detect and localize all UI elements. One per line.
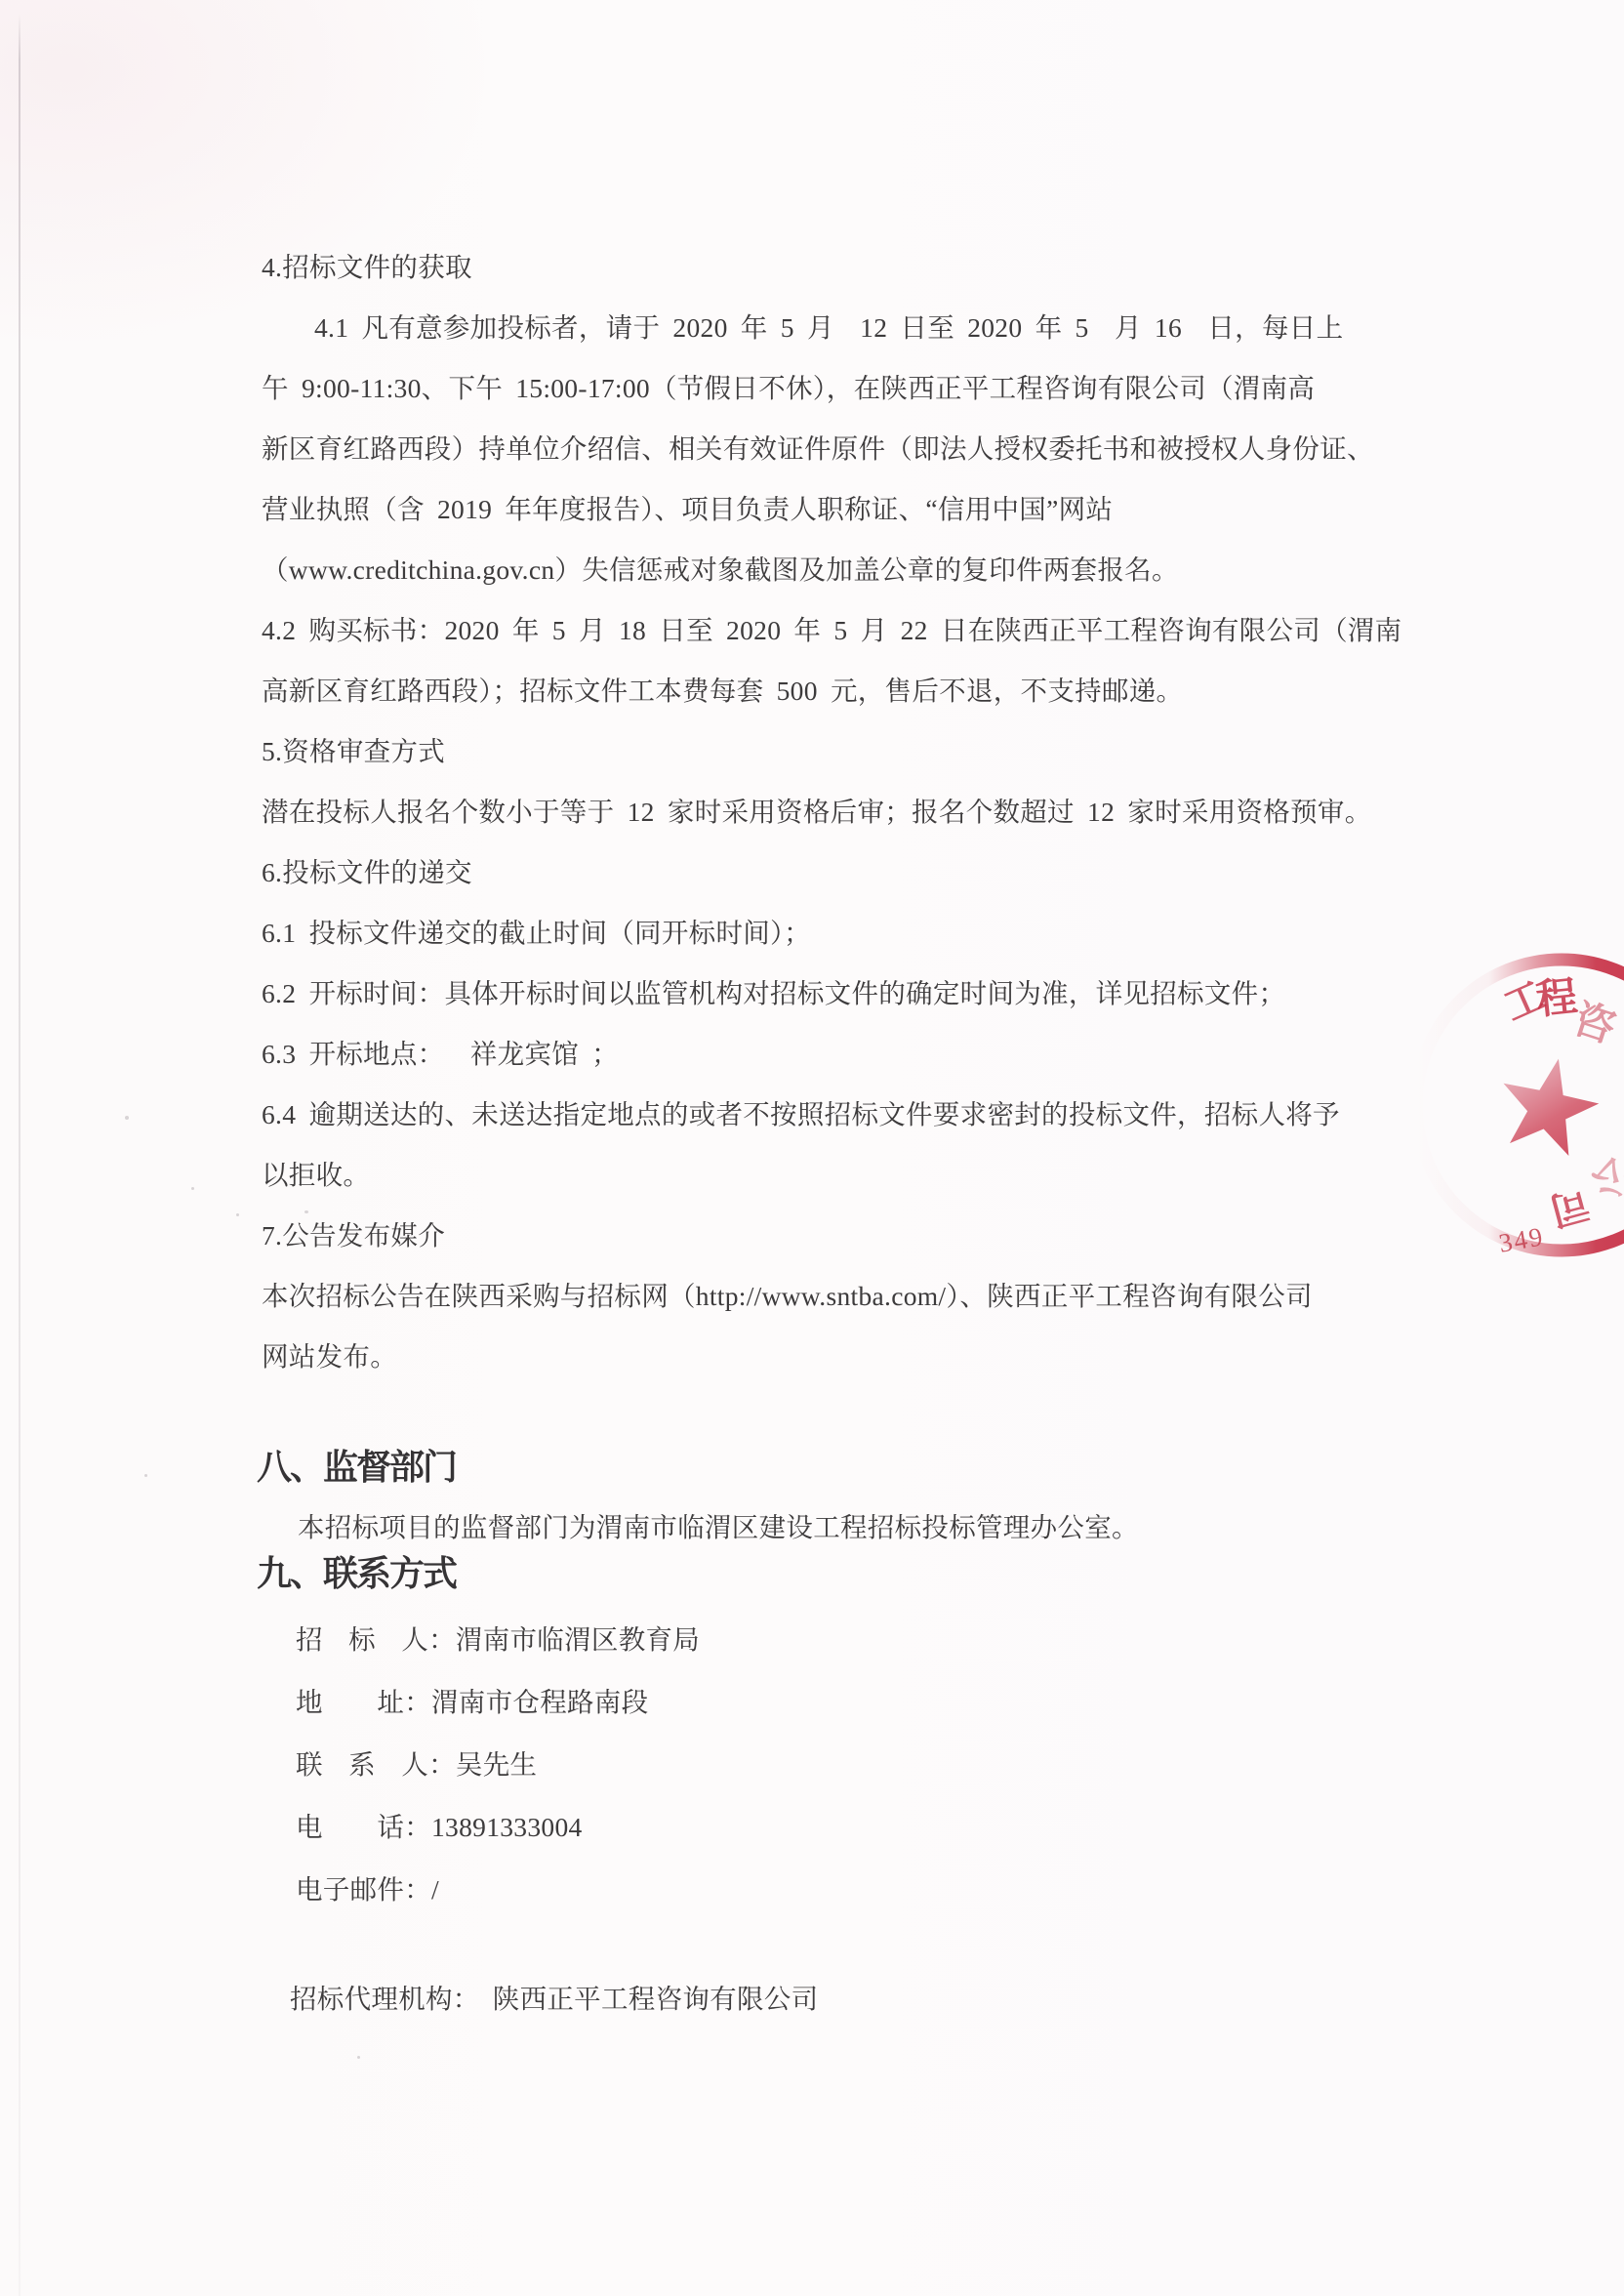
document-line: 高新区育红路西段）；招标文件工本费每套 500 元，售后不退，不支持邮递。 (262, 675, 1183, 708)
document-line: 本招标项目的监督部门为渭南市临渭区建设工程招标投标管理办公室。 (298, 1511, 1139, 1544)
stamp-char: 司 (1545, 1181, 1594, 1233)
document-line: 招标代理机构： 陕西正平工程咨询有限公司 (290, 1983, 818, 2016)
document-line: 营业执照（含 2019 年年度报告）、项目负责人职称证、“信用中国”网站 (262, 493, 1113, 526)
document-line: 6.4 逾期送达的、未送达指定地点的或者不按照招标文件要求密封的投标文件，招标人… (262, 1098, 1340, 1131)
document-line: 午 9:00-11:30、下午 15:00-17:00（节假日不休），在陕西正平… (262, 372, 1315, 405)
document-line: 4.招标文件的获取 (262, 251, 472, 284)
document-line: 新区育红路西段）持单位介绍信、相关有效证件原件（即法人授权委托书和被授权人身份证… (262, 432, 1374, 466)
document-line: 联 系 人：吴先生 (296, 1748, 537, 1782)
document-line: 电子邮件：/ (296, 1873, 439, 1906)
document-line: 4.1 凡有意参加投标者，请于 2020 年 5 月 12 日至 2020 年 … (314, 311, 1343, 345)
document-line: 电 话：13891333004 (296, 1811, 583, 1844)
document-line: 6.1 投标文件递交的截止时间（同开标时间）； (262, 917, 811, 950)
document-line: 招 标 人：渭南市临渭区教育局 (296, 1623, 700, 1657)
document-line: 网站发布。 (262, 1340, 397, 1373)
document-line: 6.投标文件的递交 (262, 856, 472, 889)
section-heading: 九、联系方式 (257, 1553, 456, 1594)
speck (357, 2056, 360, 2059)
stamp-star (1491, 1048, 1606, 1160)
section-heading: 八、监督部门 (257, 1447, 456, 1488)
document-line: 本次招标公告在陕西采购与招标网（http://www.sntba.com/）、陕… (262, 1280, 1313, 1313)
scanner-edge-artifact (19, 14, 20, 2296)
document-line: 5.资格审查方式 (262, 735, 445, 768)
red-stamp: 工 程 咨 司 公 349 (1405, 908, 1624, 1308)
document-line: 4.2 购买标书：2020 年 5 月 18 日至 2020 年 5 月 22 … (262, 614, 1401, 647)
scanned-document-page: 4.招标文件的获取4.1 凡有意参加投标者，请于 2020 年 5 月 12 日… (0, 0, 1624, 2296)
stamp-char: 程 (1534, 972, 1580, 1022)
document-line: 以拒收。 (262, 1159, 370, 1192)
document-line: 6.2 开标时间：具体开标时间以监管机构对招标文件的确定时间为准，详见招标文件； (262, 977, 1285, 1010)
document-line: （www.creditchina.gov.cn）失信惩戒对象截图及加盖公章的复印… (262, 553, 1179, 587)
speck (144, 1474, 147, 1477)
stamp-char: 公 (1584, 1148, 1624, 1206)
document-line: 地 址：渭南市仓程路南段 (296, 1686, 648, 1719)
document-line: 7.公告发布媒介 (262, 1219, 445, 1252)
speck (125, 1116, 129, 1120)
speck (304, 1210, 308, 1213)
document-line: 6.3 开标地点： 祥龙宾馆 ； (262, 1038, 619, 1071)
speck (191, 1187, 194, 1190)
document-line: 潜在投标人报名个数小于等于 12 家时采用资格后审；报名个数超过 12 家时采用… (262, 796, 1372, 829)
speck (236, 1213, 239, 1216)
